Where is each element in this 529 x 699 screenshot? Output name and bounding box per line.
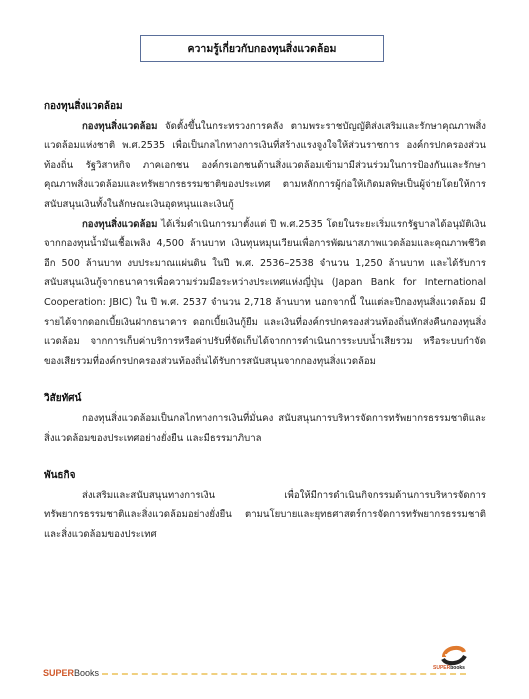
paragraph-text: จัดตั้งขึ้นในกระทรวงการคลัง ตามพระราชบัญ… bbox=[44, 121, 486, 210]
paragraph-mission: ส่งเสริมและสนับสนุนทางการเงิน เพื่อให้มี… bbox=[44, 486, 486, 545]
footer-dashed-rule bbox=[102, 673, 466, 675]
document-title: ความรู้เกี่ยวกับกองทุนสิ่งแวดล้อม bbox=[188, 40, 337, 57]
paragraph-vision: กองทุนสิ่งแวดล้อมเป็นกลไกทางการเงินที่มั… bbox=[44, 409, 486, 448]
document-title-box: ความรู้เกี่ยวกับกองทุนสิ่งแวดล้อม bbox=[140, 35, 384, 62]
page-footer: SUPERBooks bbox=[43, 664, 468, 678]
paragraph-text: ได้เริ่มดำเนินการมาตั้งแต่ ปี พ.ศ.2535 โ… bbox=[44, 219, 486, 367]
section-heading-fund: กองทุนสิ่งแวดล้อม bbox=[44, 97, 486, 117]
paragraph-fund-intro: กองทุนสิ่งแวดล้อม จัดตั้งขึ้นในกระทรวงกา… bbox=[44, 117, 486, 215]
paragraph-lead: กองทุนสิ่งแวดล้อม bbox=[82, 121, 157, 132]
footer-brand: SUPERBooks bbox=[43, 668, 99, 678]
section-heading-mission: พันธกิจ bbox=[44, 466, 486, 486]
logo-wordmark: SUPERbooks bbox=[433, 665, 465, 671]
section-heading-vision: วิสัยทัศน์ bbox=[44, 389, 486, 409]
paragraph-fund-history: กองทุนสิ่งแวดล้อม ได้เริ่มดำเนินการมาตั้… bbox=[44, 215, 486, 372]
paragraph-lead: กองทุนสิ่งแวดล้อม bbox=[82, 219, 157, 230]
document-body: กองทุนสิ่งแวดล้อม กองทุนสิ่งแวดล้อม จัดต… bbox=[44, 97, 486, 544]
